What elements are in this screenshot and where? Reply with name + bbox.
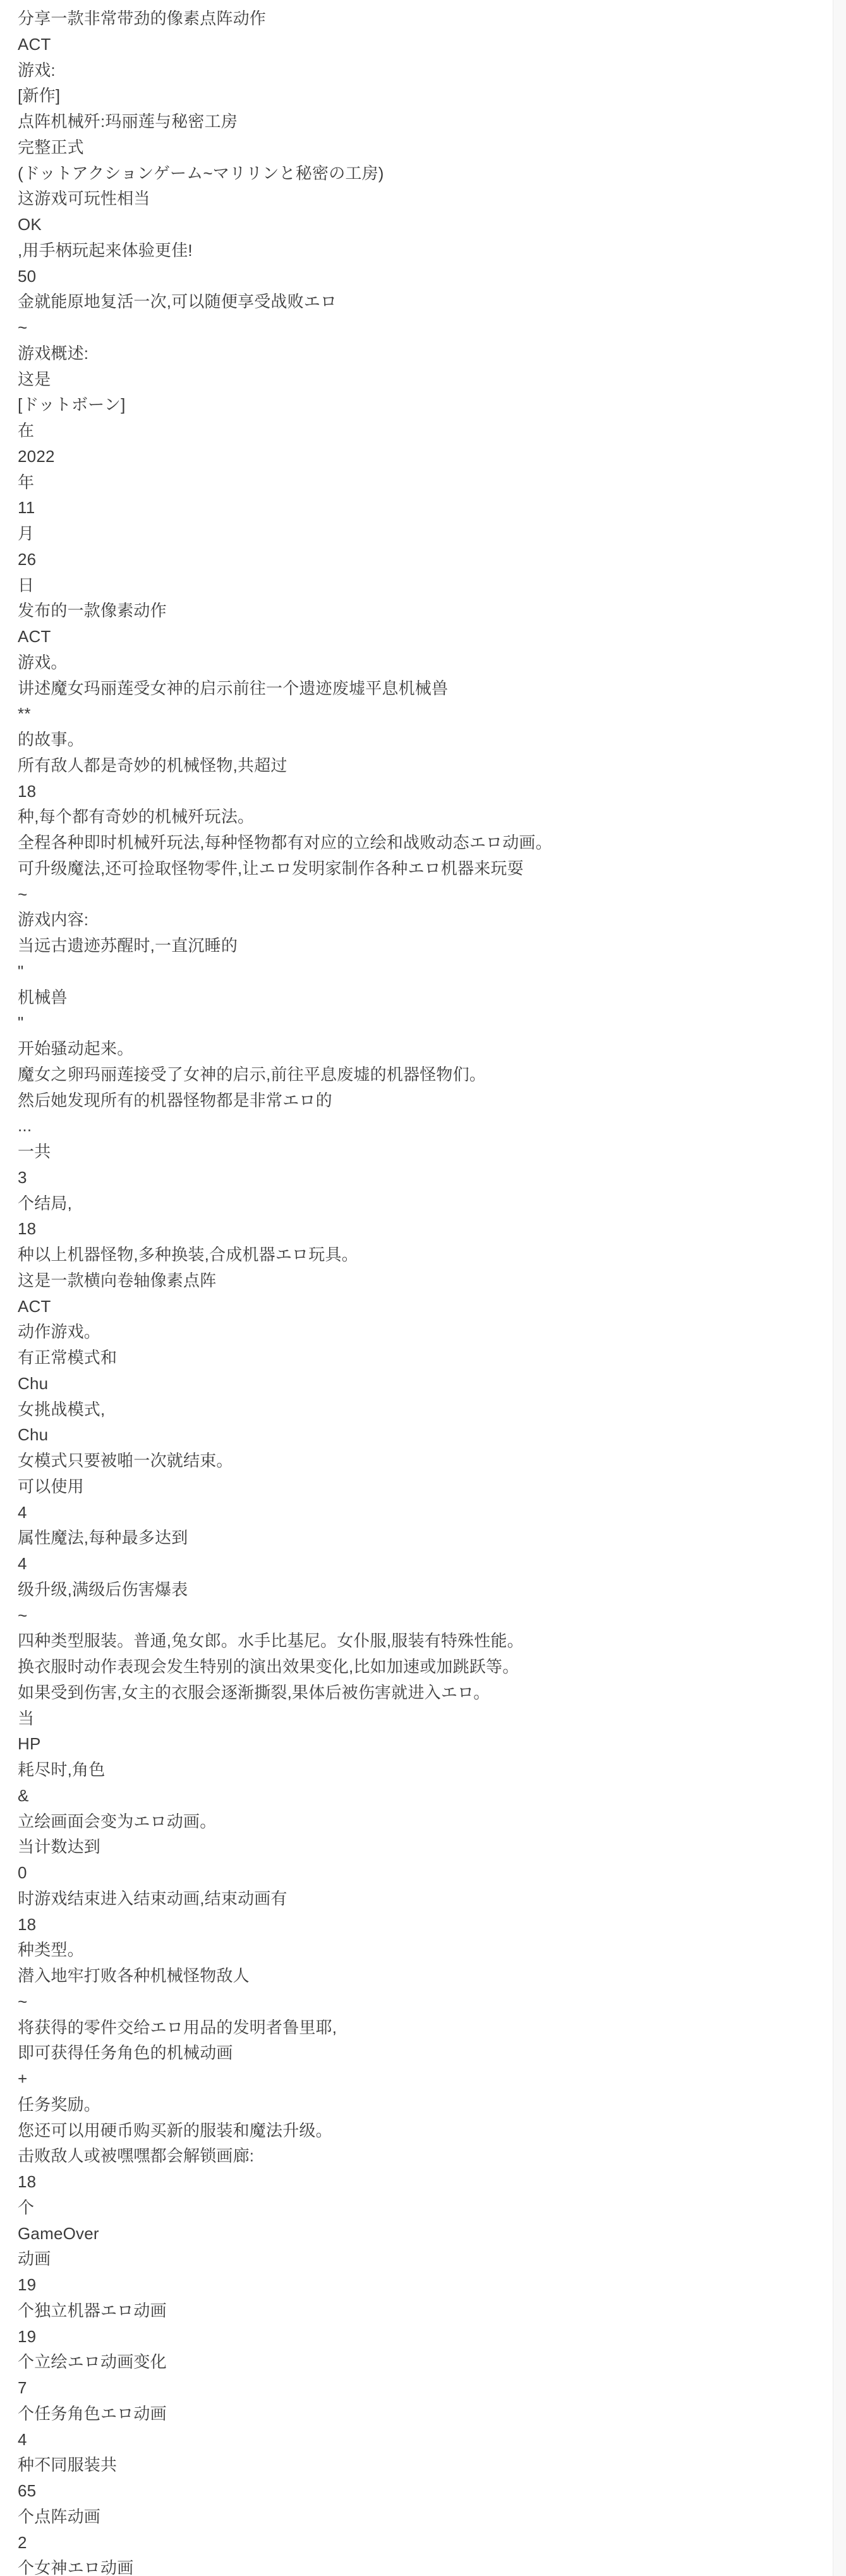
text-line: 18 <box>18 2169 827 2195</box>
text-line: 3 <box>18 1165 827 1191</box>
text-line: 可升级魔法,还可捡取怪物零件,让エロ发明家制作各种エロ机器来玩耍 <box>18 856 827 882</box>
text-line: 0 <box>18 1860 827 1886</box>
text-line: 7 <box>18 2375 827 2401</box>
text-line: 可以使用 <box>18 1474 827 1500</box>
text-line: 4 <box>18 2427 827 2453</box>
text-line: [ドットボーン] <box>18 392 827 418</box>
text-line: 50 <box>18 264 827 289</box>
text-line: 如果受到伤害,女主的衣服会逐渐撕裂,果体后被伤害就进入エロ。 <box>18 1680 827 1706</box>
text-line: 个立绘エロ动画变化 <box>18 2349 827 2375</box>
text-line: 点阵机械歼:玛丽莲与秘密工房 <box>18 109 827 135</box>
text-line: ~ <box>18 1603 827 1629</box>
text-line: 18 <box>18 779 827 805</box>
text-line: Chu <box>18 1371 827 1397</box>
text-line: 日 <box>18 573 827 598</box>
text-line: 年 <box>18 470 827 495</box>
text-line: 换衣服时动作表现会发生特别的演出效果变化,比如加速或加跳跃等。 <box>18 1654 827 1680</box>
text-line: 动画 <box>18 2246 827 2272</box>
text-line: ACT <box>18 624 827 650</box>
text-line: & <box>18 1783 827 1809</box>
text-line: 即可获得任务角色的机械动画 <box>18 2040 827 2066</box>
text-line: 开始骚动起来。 <box>18 1036 827 1062</box>
text-line: 种类型。 <box>18 1937 827 1963</box>
text-line: 立绘画面会变为エロ动画。 <box>18 1809 827 1835</box>
text-line: ~ <box>18 1989 827 2015</box>
text-line: 个点阵动画 <box>18 2504 827 2530</box>
text-line: 将获得的零件交给エロ用品的发明者鲁里耶, <box>18 2015 827 2041</box>
text-line: 19 <box>18 2324 827 2350</box>
text-line: ACT <box>18 32 827 58</box>
text-line: 女挑战模式, <box>18 1397 827 1423</box>
text-line: 19 <box>18 2272 827 2298</box>
text-line: " <box>18 1010 827 1036</box>
text-line: 游戏概述: <box>18 341 827 367</box>
text-line: 在 <box>18 418 827 444</box>
text-line: 种,每个都有奇妙的机械歼玩法。 <box>18 804 827 830</box>
text-line: 属性魔法,每种最多达到 <box>18 1525 827 1551</box>
text-line: [新作] <box>18 83 827 109</box>
text-line: HP <box>18 1731 827 1757</box>
text-line: ... <box>18 1113 827 1139</box>
text-line: 个结局, <box>18 1191 827 1217</box>
text-line: 18 <box>18 1912 827 1938</box>
text-line: 11 <box>18 495 827 521</box>
text-line: 当远古遗迹苏醒时,一直沉睡的 <box>18 933 827 959</box>
text-line: 完整正式 <box>18 135 827 161</box>
text-line: 当 <box>18 1706 827 1732</box>
text-line: 月 <box>18 521 827 547</box>
text-line: 4 <box>18 1551 827 1577</box>
text-line: 发布的一款像素动作 <box>18 598 827 624</box>
text-line: 全程各种即时机械歼玩法,每种怪物都有对应的立绘和战败动态エロ动画。 <box>18 830 827 856</box>
text-line: 讲述魔女玛丽莲受女神的启示前往一个遗迹废墟平息机械兽 <box>18 676 827 702</box>
text-line: 2022 <box>18 444 827 470</box>
text-line: 潜入地牢打败各种机械怪物敌人 <box>18 1963 827 1989</box>
text-line: 动作游戏。 <box>18 1319 827 1345</box>
text-line: ** <box>18 701 827 727</box>
text-line: OK <box>18 212 827 238</box>
text-line: 18 <box>18 1216 827 1242</box>
text-line: 一共 <box>18 1139 827 1165</box>
post-content: 分享一款非常带劲的像素点阵动作ACT游戏:[新作]点阵机械歼:玛丽莲与秘密工房完… <box>18 6 827 2576</box>
text-line: + <box>18 2066 827 2092</box>
text-line: 游戏。 <box>18 650 827 676</box>
text-line: 级升级,满级后伤害爆表 <box>18 1577 827 1603</box>
text-line: 所有敌人都是奇妙的机械怪物,共超过 <box>18 753 827 779</box>
text-line: 这是一款横向卷轴像素点阵 <box>18 1268 827 1294</box>
text-line: 这游戏可玩性相当 <box>18 186 827 212</box>
text-line: 耗尽时,角色 <box>18 1757 827 1783</box>
text-line: 种以上机器怪物,多种换装,合成机器エロ玩具。 <box>18 1242 827 1268</box>
text-line: 分享一款非常带劲的像素点阵动作 <box>18 6 827 32</box>
text-line: 4 <box>18 1500 827 1526</box>
text-line: 魔女之卵玛丽莲接受了女神的启示,前往平息废墟的机器怪物们。 <box>18 1062 827 1088</box>
text-line: 游戏内容: <box>18 907 827 933</box>
text-line: ,用手柄玩起来体验更佳! <box>18 238 827 264</box>
text-line: ~ <box>18 882 827 908</box>
text-line: 金就能原地复活一次,可以随便享受战败エロ <box>18 289 827 315</box>
text-line: 个女神エロ动画 <box>18 2555 827 2576</box>
scrollbar-track[interactable] <box>833 0 846 2576</box>
page: 分享一款非常带劲的像素点阵动作ACT游戏:[新作]点阵机械歼:玛丽莲与秘密工房完… <box>0 0 846 2576</box>
text-line: (ドットアクションゲーム~マリリンと秘密の工房) <box>18 161 827 186</box>
text-line: Chu <box>18 1422 827 1448</box>
text-line: 游戏: <box>18 58 827 83</box>
text-line: 这是 <box>18 367 827 392</box>
text-line: 个任务角色エロ动画 <box>18 2401 827 2427</box>
text-line: 26 <box>18 547 827 573</box>
text-line: 个独立机器エロ动画 <box>18 2298 827 2324</box>
text-line: ~ <box>18 315 827 341</box>
text-line: 65 <box>18 2478 827 2504</box>
text-line: 个 <box>18 2195 827 2221</box>
text-line: 当计数达到 <box>18 1834 827 1860</box>
text-line: 您还可以用硬币购买新的服装和魔法升级。 <box>18 2118 827 2144</box>
text-line: 2 <box>18 2530 827 2556</box>
text-line: 有正常模式和 <box>18 1345 827 1371</box>
text-line: 击败敌人或被嘿嘿都会解锁画廊: <box>18 2143 827 2169</box>
text-line: ACT <box>18 1294 827 1320</box>
text-line: " <box>18 959 827 985</box>
text-line: 机械兽 <box>18 985 827 1011</box>
text-line: 女模式只要被啪一次就结束。 <box>18 1448 827 1474</box>
text-line: 然后她发现所有的机器怪物都是非常エロ的 <box>18 1088 827 1114</box>
text-line: 四种类型服装。普通,兔女郎。水手比基尼。女仆服,服装有特殊性能。 <box>18 1628 827 1654</box>
text-line: GameOver <box>18 2221 827 2247</box>
text-line: 的故事。 <box>18 727 827 753</box>
text-line: 种不同服装共 <box>18 2452 827 2478</box>
text-line: 时游戏结束进入结束动画,结束动画有 <box>18 1886 827 1912</box>
text-line: 任务奖励。 <box>18 2092 827 2118</box>
